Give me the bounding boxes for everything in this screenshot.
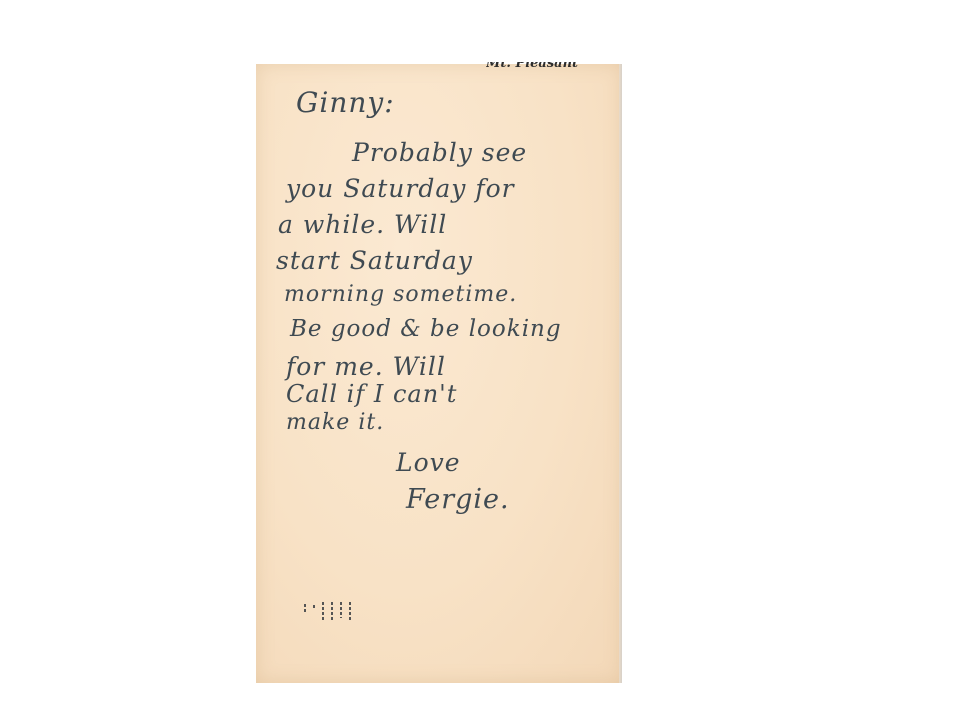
postmark-lines [304,602,351,620]
body-line-6: Be good & be looking [290,316,562,342]
body-line-7: for me. Will [286,352,446,381]
body-line-9: make it. [286,410,384,435]
body-line-5: morning sometime. [284,282,517,307]
postcard: Mt. Pleasant Ginny: Probably see you Sat… [256,64,622,683]
signature: Fergie. [406,484,510,515]
body-line-2: you Saturday for [286,174,515,203]
body-line-8: Call if I can't [286,380,457,408]
corner-annotation: Mt. Pleasant [486,56,578,71]
body-line-1: Probably see [352,138,527,167]
closing: Love [396,448,461,477]
body-line-4: start Saturday [276,246,473,275]
body-line-3: a while. Will [278,210,447,239]
salutation: Ginny: [296,86,395,119]
